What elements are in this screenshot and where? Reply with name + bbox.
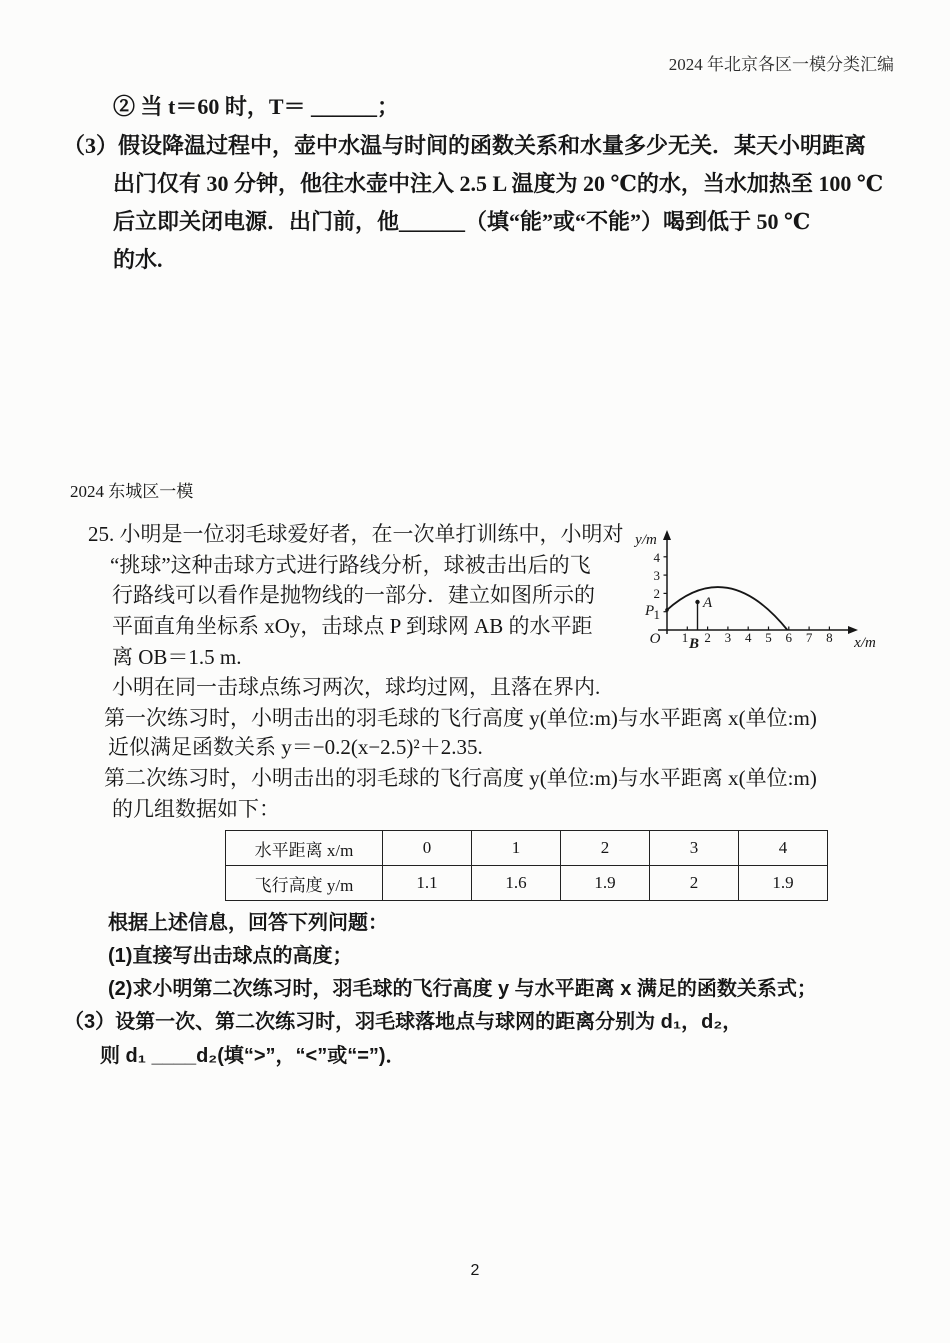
q25-line9: 第二次练习时，小明击出的羽毛球的飞行高度 y(单位:m)与水平距离 x(单位:m… (104, 768, 817, 789)
y-tick-label-1: 1 (654, 607, 661, 622)
section-label: 2024 东城区一模 (70, 483, 193, 500)
q25-part3-line1: （3）设第一次、第二次练习时，羽毛球落地点与球网的距离分别为 d₁，d₂， (64, 1012, 742, 1032)
q25-line6: 小明在同一击球点练习两次，球均过网，且落在界内. (112, 677, 600, 698)
origin-label: O (650, 631, 661, 647)
point-P-dot (665, 608, 669, 612)
table-row: 水平距离 x/m 0 1 2 3 4 (226, 831, 828, 866)
trajectory-graph: y/m x/m O 1 2 3 4 1 2 3 4 5 6 7 8 A (622, 518, 882, 664)
compilation-title: 2024 年北京各区一模分类汇编 (669, 50, 894, 75)
flight-data-table: 水平距离 x/m 0 1 2 3 4 飞行高度 y/m 1.1 1.6 1.9 … (225, 830, 828, 901)
water-q-part3-line2: 出门仅有 30 分钟，他往水壶中注入 2.5 L 温度为 20 ℃的水，当水加热… (113, 173, 883, 195)
y-tick-label-2: 2 (654, 586, 661, 601)
q25-line3: 行路线可以看作是抛物线的一部分．建立如图所示的 (112, 585, 595, 606)
water-q-part3-line4: 的水. (113, 249, 163, 271)
x-axis-label: x/m (853, 635, 876, 651)
table-cell: 1.9 (739, 866, 828, 901)
x-tick-label-4: 4 (745, 630, 752, 645)
q25-line5: 离 OB＝1.5 m. (112, 647, 242, 668)
q25-followup-intro: 根据上述信息，回答下列问题： (108, 913, 388, 933)
table-cell: 2 (650, 866, 739, 901)
trajectory-curve (667, 587, 787, 630)
q25-part1: (1)直接写出击球点的高度； (108, 946, 352, 966)
trajectory-figure: y/m x/m O 1 2 3 4 1 2 3 4 5 6 7 8 A (622, 518, 882, 664)
water-q-part3-line1: （3）假设降温过程中，壶中水温与时间的函数关系和水量多少无关．某天小明距离 (63, 135, 866, 157)
q25-line10: 的几组数据如下： (112, 799, 280, 820)
point-A-dot (695, 600, 699, 604)
q25-line1: 25. 小明是一位羽毛球爱好者，在一次单打训练中，小明对 (88, 524, 624, 545)
point-P-label: P (644, 603, 654, 619)
table-cell: 1.1 (383, 866, 472, 901)
table-row: 飞行高度 y/m 1.1 1.6 1.9 2 1.9 (226, 866, 828, 901)
q25-line2: “挑球”这种击球方式进行路线分析，球被击出后的飞 (110, 555, 591, 576)
table-cell: 2 (561, 831, 650, 866)
table-cell: 0 (383, 831, 472, 866)
x-tick-label-6: 6 (786, 630, 793, 645)
y-tick-label-3: 3 (654, 568, 661, 583)
table-cell: 1.9 (561, 866, 650, 901)
document-page: { "header": { "title": "2024 年北京各区一模分类汇编… (0, 0, 950, 1343)
y-axis-label: y/m (633, 532, 657, 548)
table-header-y: 飞行高度 y/m (226, 866, 383, 901)
q25-part3-line2: 则 d₁ ____d₂(填“>”，“<”或“=”)． (100, 1046, 406, 1066)
x-axis-arrow-icon (848, 626, 858, 634)
q25-line7: 第一次练习时，小明击出的羽毛球的飞行高度 y(单位:m)与水平距离 x(单位:m… (104, 708, 817, 729)
water-q-part2-line: ② 当 t＝60 时，T＝ ______； (113, 96, 399, 118)
q25-line8: 近似满足函数关系 y＝−0.2(x−2.5)²＋2.35. (108, 737, 483, 758)
table-cell: 1.6 (472, 866, 561, 901)
x-tick-label-7: 7 (806, 630, 813, 645)
y-tick-label-4: 4 (654, 550, 661, 565)
x-tick-label-3: 3 (725, 630, 732, 645)
table-cell: 1 (472, 831, 561, 866)
table-header-x: 水平距离 x/m (226, 831, 383, 866)
y-axis-arrow-icon (663, 530, 671, 540)
table-cell: 4 (739, 831, 828, 866)
x-tick-label-1: 1 (682, 630, 689, 645)
x-tick-label-5: 5 (765, 630, 772, 645)
table-cell: 3 (650, 831, 739, 866)
q25-line4: 平面直角坐标系 xOy，击球点 P 到球网 AB 的水平距 (112, 616, 593, 637)
x-tick-label-2: 2 (704, 630, 711, 645)
water-q-part3-line3: 后立即关闭电源．出门前，他______（填“能”或“不能”）喝到低于 50 ℃ (113, 211, 810, 233)
x-tick-label-8: 8 (826, 630, 833, 645)
q25-part2: (2)求小明第二次练习时，羽毛球的飞行高度 y 与水平距离 x 满足的函数关系式… (108, 979, 817, 999)
point-A-label: A (702, 595, 713, 611)
point-B-label: B (688, 636, 699, 652)
page-number: 2 (0, 1262, 950, 1280)
